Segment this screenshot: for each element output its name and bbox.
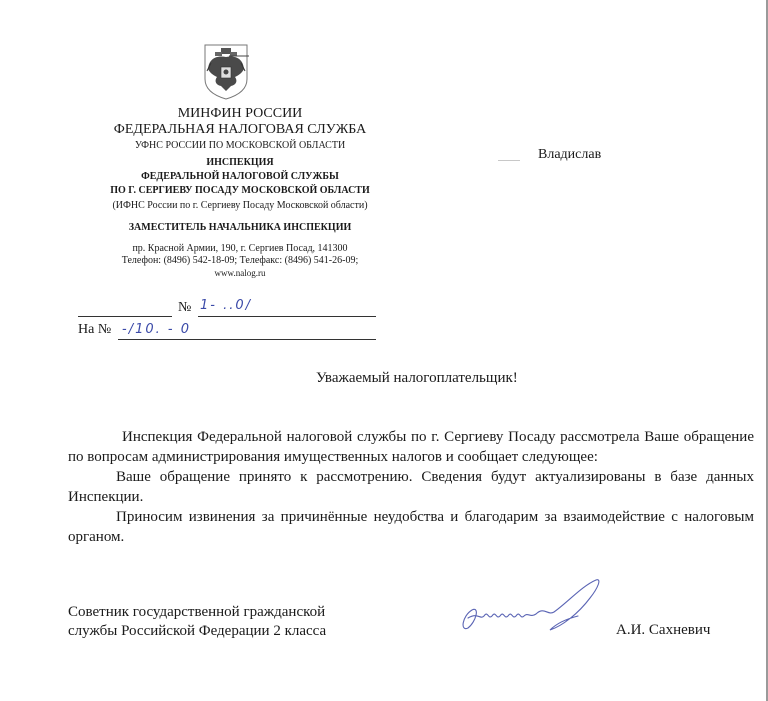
body-paragraph-3: Приносим извинения за причинённые неудоб… xyxy=(68,507,754,547)
inspection-line-1: ИНСПЕКЦИЯ xyxy=(80,157,400,168)
reply-to-handwritten: -/10. - 0 xyxy=(122,322,191,337)
date-line xyxy=(78,316,172,317)
regional-office: УФНС РОССИИ ПО МОСКОВСКОЙ ОБЛАСТИ xyxy=(80,140,400,151)
inspection-short-name: (ИФНС России по г. Сергиеву Посаду Моско… xyxy=(80,200,400,211)
reply-to-line xyxy=(118,339,376,340)
service-name: ФЕДЕРАЛЬНАЯ НАЛОГОВАЯ СЛУЖБА xyxy=(80,122,400,138)
redacted-mark xyxy=(498,160,520,161)
body-paragraph-2: Ваше обращение принято к рассмотрению. С… xyxy=(68,467,754,507)
position-title: ЗАМЕСТИТЕЛЬ НАЧАЛЬНИКА ИНСПЕКЦИИ xyxy=(90,222,390,233)
signer-title-line-2: службы Российской Федерации 2 класса xyxy=(68,622,326,641)
signer-title-line-1: Советник государственной гражданской xyxy=(68,603,326,622)
website: www.nalog.ru xyxy=(80,268,400,278)
number-handwritten: 1- ..0/ xyxy=(200,298,252,313)
inspection-line-2: ФЕДЕРАЛЬНОЙ НАЛОГОВОЙ СЛУЖБЫ xyxy=(80,171,400,182)
number-line xyxy=(198,316,376,317)
greeting: Уважаемый налогоплательщик! xyxy=(316,370,518,387)
handwritten-signature-icon xyxy=(458,576,618,638)
recipient-name: Владислав xyxy=(538,147,601,163)
reply-to-label: На № xyxy=(78,322,111,338)
number-label: № xyxy=(178,300,191,316)
body-paragraph-1: Инспекция Федеральной налоговой службы п… xyxy=(68,427,754,467)
ministry-name: МИНФИН РОССИИ xyxy=(80,106,400,122)
signer-name: А.И. Сахневич xyxy=(616,622,710,639)
address: пр. Красной Армии, 190, г. Сергиев Посад… xyxy=(80,243,400,254)
phone-numbers: Телефон: (8496) 542-18-09; Телефакс: (84… xyxy=(80,255,400,266)
inspection-line-3: ПО Г. СЕРГИЕВУ ПОСАДУ МОСКОВСКОЙ ОБЛАСТИ xyxy=(80,185,400,196)
russian-coat-of-arms-icon xyxy=(201,41,251,101)
signer-title: Советник государственной гражданской слу… xyxy=(68,603,326,641)
